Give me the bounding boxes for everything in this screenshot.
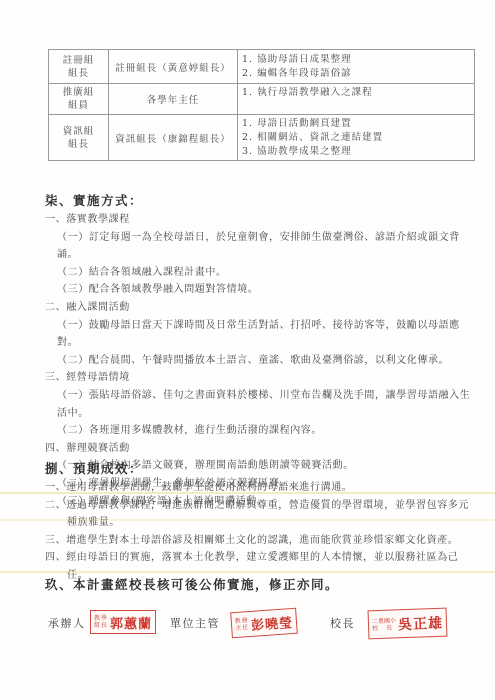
task-line: 1. 母語日活動網頁建置 — [242, 117, 470, 131]
stamp-role-line: 教學 — [94, 615, 108, 622]
stamp-role: 教學 組長 — [94, 615, 108, 629]
list-item: 三、增進學生對本土母語俗諺及相關鄉土文化的認識，進而能欣賞並珍惜家鄉文化資產。 — [45, 532, 475, 550]
task-line: 1. 執行母語教學融入之課程 — [242, 86, 470, 100]
list-item: （三）配合各領域教學融入問題對答情境。 — [57, 281, 475, 299]
scanned-document-page: 註冊組 組長 註冊組長（黃意婷組長） 1. 協助母語日成果整理 2. 編輯各年段… — [0, 0, 495, 700]
dept-cell: 資訊組 組長 — [49, 115, 109, 161]
list-item: 一、落實教學課程 — [45, 211, 475, 229]
tasks-cell: 1. 執行母語教學融入之課程 — [238, 84, 475, 115]
dept-line: 資訊組 — [53, 125, 104, 138]
dept-line: 組長 — [53, 67, 104, 80]
dept-line: 組長 — [53, 138, 104, 151]
list-item: 四、辦理競賽活動 — [45, 440, 475, 458]
dept-line: 註冊組 — [53, 54, 104, 67]
principal-stamp: 二重國小 校 長 吳正雄 — [368, 608, 448, 640]
approval-statement: 玖、本計畫經校長核可後公佈實施，修正亦同。 — [45, 576, 475, 594]
list-item: 二、透過母語教學課程，增進族群間之瞭解與尊重，營造優質的學習環境，並學習包容多元… — [45, 497, 475, 532]
task-line: 2. 相關網站、資訊之連結建置 — [242, 131, 470, 145]
stamp-role-line: 組長 — [94, 622, 108, 629]
stamp-name: 彭曉瑩 — [250, 611, 293, 633]
stamp-role-line: 主任 — [235, 624, 249, 632]
list-item: （一）張貼母語俗諺、佳句之書面資料於樓梯、川堂布告欄及洗手間，讓學習母語融入生活… — [57, 387, 475, 422]
section-expected-results: 捌、預期成效： 一、運用母語教學活動，鼓勵學生能使用流利的母語來進行溝通。 二、… — [45, 460, 475, 585]
supervisor-stamp: 教務 主任 彭曉瑩 — [230, 608, 298, 639]
dept-line: 推廣組 — [53, 86, 104, 99]
stamp-name: 吳正雄 — [398, 612, 444, 634]
list-item: 二、融入課間活動 — [45, 299, 475, 317]
assignee-cell: 各學年主任 — [109, 84, 238, 115]
list-item: （一）訂定每週一為全校母語日，於兒童朝會，安排師生做臺灣俗、諺語介紹或韻文背誦。 — [57, 229, 475, 264]
section-implementation-title: 柒、實施方式： — [45, 192, 475, 210]
dept-line: 組員 — [53, 99, 104, 112]
supervisor-label: 單位主管 — [170, 615, 220, 631]
table-row: 資訊組 組長 資訊組長（康錦程組長） 1. 母語日活動網頁建置 2. 相關網站、… — [49, 115, 475, 161]
signature-row: 承辦人 教學 組長 郭蕙蘭 單位主管 教務 主任 彭曉瑩 校長 二重國小 校 長… — [0, 604, 495, 654]
stamp-name: 郭蕙蘭 — [110, 613, 152, 632]
list-item: 一、運用母語教學活動，鼓勵學生能使用流利的母語來進行溝通。 — [45, 479, 475, 497]
handler-stamp: 教學 組長 郭蕙蘭 — [90, 610, 156, 634]
task-line: 2. 編輯各年段母語俗諺 — [242, 67, 470, 81]
assignment-table: 註冊組 組長 註冊組長（黃意婷組長） 1. 協助母語日成果整理 2. 編輯各年段… — [48, 49, 475, 161]
section-approval: 玖、本計畫經校長核可後公佈實施，修正亦同。 — [45, 576, 475, 595]
principal-label: 校長 — [330, 615, 355, 631]
task-line: 3. 協助教學成果之整理 — [242, 145, 470, 159]
table-row: 推廣組 組員 各學年主任 1. 執行母語教學融入之課程 — [49, 84, 475, 115]
handler-label: 承辦人 — [48, 615, 86, 631]
dept-cell: 推廣組 組員 — [49, 84, 109, 115]
list-item: 三、經營母語情境 — [45, 369, 475, 387]
table-row: 註冊組 組長 註冊組長（黃意婷組長） 1. 協助母語日成果整理 2. 編輯各年段… — [49, 50, 475, 84]
list-item: （二）結合各領域融入課程計畫中。 — [57, 264, 475, 282]
stamp-role: 二重國小 校 長 — [372, 617, 396, 632]
assignee-cell: 資訊組長（康錦程組長） — [109, 115, 238, 161]
list-item: （一）鼓勵母語日當天下課時間及日常生活對話、打招呼、接待訪客等，鼓勵以母語應對。 — [57, 317, 475, 352]
list-item: （二）配合晨間、午餐時間播放本土語言、童謠、歌曲及臺灣俗諺，以利文化傳承。 — [57, 352, 475, 370]
stamp-role-line: 校 長 — [372, 624, 396, 632]
task-line: 1. 協助母語日成果整理 — [242, 53, 470, 67]
tasks-cell: 1. 協助母語日成果整理 2. 編輯各年段母語俗諺 — [238, 50, 475, 84]
section-expected-results-title: 捌、預期成效： — [45, 460, 475, 478]
tasks-cell: 1. 母語日活動網頁建置 2. 相關網站、資訊之連結建置 3. 協助教學成果之整… — [238, 115, 475, 161]
list-item: （二）各班運用多媒體教材，進行生動活潑的課程內容。 — [57, 422, 475, 440]
assignee-cell: 註冊組長（黃意婷組長） — [109, 50, 238, 84]
stamp-role: 教務 主任 — [235, 617, 250, 632]
dept-cell: 註冊組 組長 — [49, 50, 109, 84]
